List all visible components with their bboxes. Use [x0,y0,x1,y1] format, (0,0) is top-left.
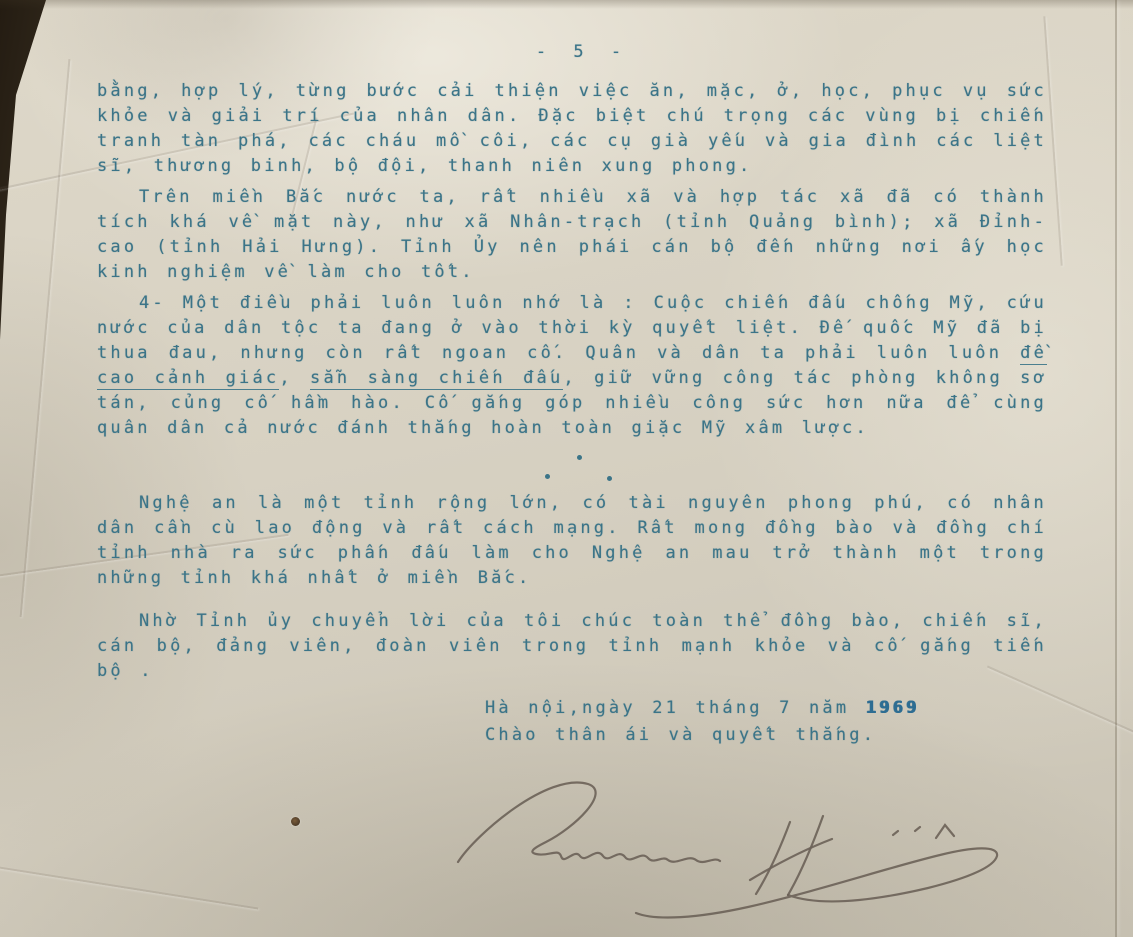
signature-stroke [756,822,790,894]
asterism-separator [97,447,1047,487]
signature-stroke [458,782,720,862]
paper-edge-shadow [0,0,1133,9]
page-number: - 5 - [117,40,1047,65]
date-text: Hà nội,ngày 21 tháng 7 năm [485,698,849,718]
signature-diacritic [936,825,954,838]
date-line: Hà nội,ngày 21 tháng 7 năm 1969 [485,696,1047,721]
letter-body: - 5 - bằng, hợp lý, từng bước cải thiện … [97,40,1047,750]
signature-diacritic [893,831,898,835]
paper-edge-crease [1115,0,1117,937]
signature-diacritic [915,827,920,831]
separator-dot [545,474,550,479]
paragraph-nghe-an: Nghệ an là một tỉnh rộng lớn, có tài ngu… [97,491,1047,591]
paragraph-continuation: bằng, hợp lý, từng bước cải thiện việc ă… [97,79,1047,179]
paragraph-mien-bac: Trên miền Bắc nước ta, rất nhiều xã và h… [97,185,1047,285]
paragraph-point-4: 4- Một điều phải luôn luôn nhớ là : Cuộc… [97,291,1047,441]
paragraph-greetings: Nhờ Tỉnh ủy chuyển lời của tôi chúc toàn… [97,609,1047,684]
salutation-line: Chào thân ái và quyết thắng. [485,723,1047,748]
separator-dot [607,476,612,481]
date-year-overstruck: 1969 [866,698,920,718]
signature-stroke [750,839,832,880]
signature-bac-ho [398,760,1043,932]
separator-dot [577,455,582,460]
underlined-phrase-chien-dau: sẵn sàng chiến đấu [310,368,563,390]
paragraph-gap [97,597,1047,609]
paragraph-point-4-text: 4- Một điều phải luôn luôn nhớ là : Cuộc… [97,293,1047,363]
comma-separator: , [279,368,292,388]
punch-hole-mark [291,817,300,826]
document-scan: - 5 - bằng, hợp lý, từng bước cải thiện … [0,0,1133,937]
closing-block: Hà nội,ngày 21 tháng 7 năm 1969 Chào thâ… [485,696,1047,748]
